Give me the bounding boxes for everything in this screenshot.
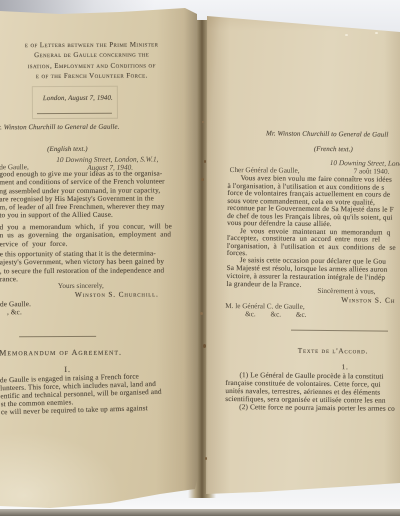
foxing-speck bbox=[200, 312, 203, 315]
dateline-rule bbox=[37, 113, 112, 114]
text-line: General de Gaulle concerning the bbox=[0, 50, 194, 61]
text-line: st the common enemies. bbox=[1, 396, 162, 409]
language-note: (English text.) bbox=[47, 146, 88, 153]
letter-paragraph: Vous avez bien voulu me faire connaître … bbox=[227, 175, 394, 229]
foxing-speck bbox=[203, 344, 206, 348]
text-line: rance. bbox=[0, 274, 164, 283]
text-line: to you in support of the Allied Cause. bbox=[0, 211, 165, 220]
memo-paragraph: de Gaulle is engaged in raising a French… bbox=[0, 372, 162, 417]
letter-paragraph: good enough to give me your ideas as to … bbox=[0, 169, 165, 220]
accord-section-number: 1. bbox=[342, 363, 349, 371]
left-page: e of Letters between the Prime MinisterG… bbox=[0, 0, 200, 516]
text-line: ce will never be required to take up arm… bbox=[1, 404, 162, 417]
text-line: de Gaulle. bbox=[0, 300, 31, 308]
book-photo: e of Letters between the Prime MinisterG… bbox=[0, 0, 400, 516]
text-line: d you a memorandum which, if you concur,… bbox=[0, 222, 172, 231]
text-line: n us as governing the organisation, empl… bbox=[0, 231, 172, 240]
etc-line: &c. &c. &c. bbox=[245, 310, 306, 319]
text-line: isation, Employment and Conditions of bbox=[0, 60, 194, 71]
foxing-speck bbox=[205, 457, 207, 460]
address-line: 10 Downing Street, London, S.W.1, bbox=[56, 154, 158, 164]
letter-paragraph: Je saisis cette occasion pour déclarer q… bbox=[226, 256, 387, 290]
accord-paragraph: (1) Le Général de Gaulle procède à la co… bbox=[225, 371, 395, 413]
text-line: entific and technical personnel, will be… bbox=[0, 388, 161, 401]
section-rule bbox=[19, 336, 96, 337]
correspondents-line: r. Winston Churchill to General de Gaull… bbox=[0, 124, 120, 132]
right-page: Mr. Winston Churchill to General de Gaul… bbox=[200, 0, 400, 516]
text-line: are recognised by His Majesty's Governme… bbox=[0, 194, 165, 203]
letter-paragraph: Je vous envoie maintenant un memorandum … bbox=[227, 228, 396, 259]
language-note: (French text.) bbox=[314, 146, 353, 153]
address-date: August 7, 1940. bbox=[87, 163, 133, 172]
memo-heading: Memorandum of Agreement. bbox=[0, 348, 122, 358]
letter-paragraph: e this opportunity of stating that it is… bbox=[0, 249, 164, 283]
section-rule bbox=[291, 330, 388, 332]
show-through-box bbox=[32, 86, 118, 119]
dateline: London, August 7, 1940. bbox=[43, 95, 113, 102]
text-line: lunteers. This force, which includes nav… bbox=[0, 380, 161, 393]
text-line: e of the French Volunteer Force. bbox=[0, 70, 194, 81]
signature: Winston S. Churchill. bbox=[75, 289, 159, 298]
foxing-speck bbox=[201, 178, 204, 181]
address-line: 10 Downing Street, Lond bbox=[330, 158, 400, 168]
text-line: de Gaulle is engaged in raising a French… bbox=[0, 372, 161, 385]
text-line: e this opportunity of stating that it is… bbox=[0, 249, 164, 258]
correspondents-line: Mr. Winston Churchill to General de Gaul… bbox=[266, 130, 388, 138]
paper-fleck bbox=[375, 32, 378, 34]
text-line: ervice of your force. bbox=[0, 239, 172, 248]
text-line: m, of leader of all free Frenchmen, wher… bbox=[0, 203, 165, 212]
text-line: good enough to give me your ideas as to … bbox=[0, 169, 165, 178]
foxing-speck bbox=[204, 160, 206, 163]
table-edge-shadow bbox=[0, 509, 400, 516]
letter-paragraph: d you a memorandum which, if you concur,… bbox=[0, 222, 172, 248]
text-line: , &c. bbox=[0, 308, 31, 316]
addressee-block: de Gaulle., &c. bbox=[0, 300, 31, 316]
text-line: ment and conditions of service of the Fr… bbox=[0, 178, 165, 187]
text-line: (2) Cette force ne pourra jamais porter … bbox=[225, 403, 395, 413]
text-line: ng assembled under your command, in your… bbox=[0, 186, 165, 195]
memo-section-number: I. bbox=[64, 365, 71, 374]
closing: Yours sincerely, bbox=[58, 282, 104, 290]
foxing-speck bbox=[202, 121, 204, 123]
text-line: , to secure the full restoration of the … bbox=[0, 266, 164, 275]
right-page-content: Mr. Winston Churchill to General de Gaul… bbox=[196, 0, 400, 516]
signature: Winston S. Ch bbox=[341, 295, 395, 305]
letter-title: e of Letters between the Prime MinisterG… bbox=[0, 39, 194, 81]
left-page-content: e of Letters between the Prime MinisterG… bbox=[0, 0, 202, 516]
salutation-fragment: de Gaulle, bbox=[0, 163, 29, 171]
accord-heading: Texte de l'Accord. bbox=[298, 347, 368, 356]
text-line: e of Letters between the Prime Minister bbox=[0, 39, 194, 50]
text-line: ajesty's Government, when victory has be… bbox=[0, 258, 164, 267]
paper-fleck bbox=[345, 34, 348, 36]
